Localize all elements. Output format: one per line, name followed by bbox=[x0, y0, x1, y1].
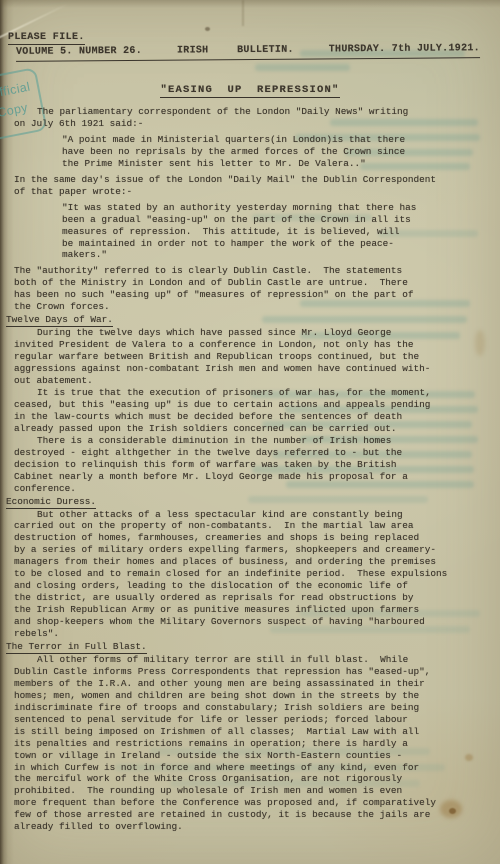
ink-speck bbox=[205, 27, 210, 31]
paragraph: The "authority" referred to is clearly D… bbox=[14, 265, 476, 313]
paragraph: There is a considerable diminution in th… bbox=[14, 435, 476, 495]
bulletin-title: IRISH BULLETIN. bbox=[177, 45, 294, 57]
section-heading: The Terror in Full Blast. bbox=[6, 641, 147, 654]
quoted-excerpt: "It was stated by an authority yesterday… bbox=[62, 202, 476, 262]
paragraph: The parliamentary correspondent of the L… bbox=[14, 106, 476, 130]
file-note: PLEASE FILE. bbox=[8, 32, 85, 45]
top-edge-shadow bbox=[0, 0, 500, 8]
section-heading: Twelve Days of War. bbox=[6, 314, 113, 327]
top-crease bbox=[242, 0, 244, 26]
masthead-row: VOLUME 5. NUMBER 26. IRISH BULLETIN. THU… bbox=[16, 43, 480, 62]
title-row: "EASING UP REPRESSION" bbox=[0, 79, 500, 98]
quoted-excerpt: "A point made in Ministerial quarters(in… bbox=[62, 134, 476, 170]
paragraph: All other forms of military terror are s… bbox=[14, 654, 476, 833]
document-page: Official Copy PLEASE FILE. VOLUME 5. NUM… bbox=[0, 0, 500, 864]
paragraph: During the twelve days which have passed… bbox=[14, 327, 476, 387]
paragraph: In the same day's issue of the London "D… bbox=[14, 174, 476, 198]
issue-date: THURSDAY. 7th JULY.1921. bbox=[329, 43, 480, 55]
paragraph: It is true that the execution of prisone… bbox=[14, 387, 476, 435]
volume-number: VOLUME 5. NUMBER 26. bbox=[16, 46, 142, 58]
article-title: "EASING UP REPRESSION" bbox=[160, 84, 339, 98]
article-body: The parliamentary correspondent of the L… bbox=[14, 106, 476, 833]
section-heading: Economic Duress. bbox=[6, 496, 96, 509]
paragraph: But other attacks of a less spectacular … bbox=[14, 509, 476, 640]
stain bbox=[475, 330, 485, 356]
